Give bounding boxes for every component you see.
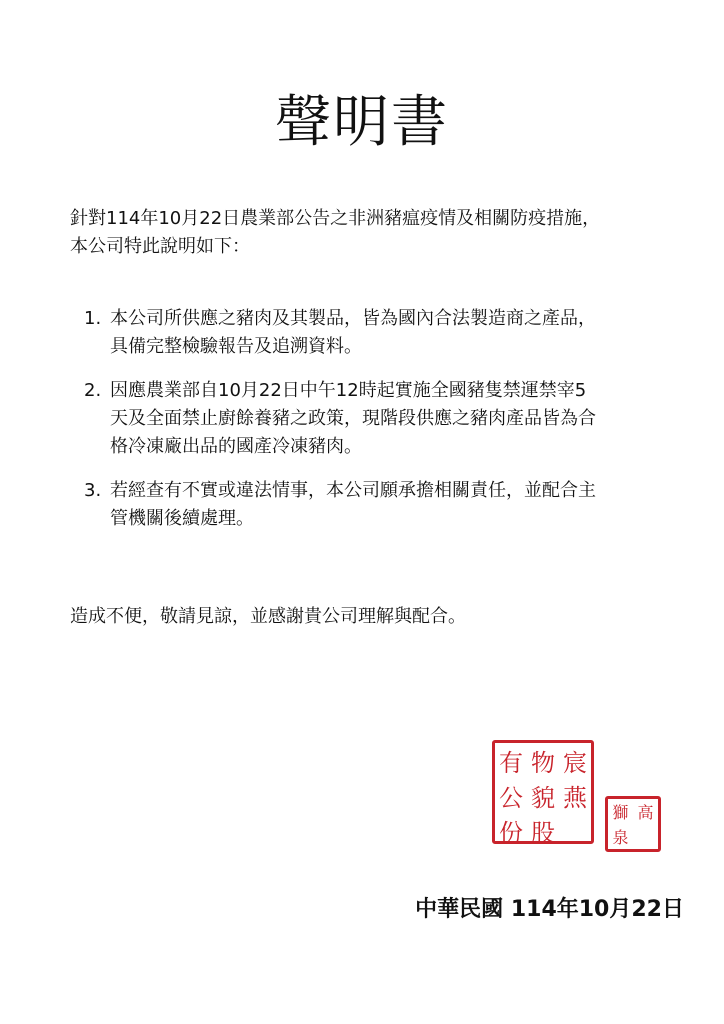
- seal-char: 泉: [608, 825, 633, 848]
- seal-char: 公: [495, 778, 527, 813]
- statement-list: 1. 本公司所供應之豬肉及其製品，皆為國內合法製造商之產品， 具備完整檢驗報告及…: [84, 305, 654, 549]
- statement-item-2: 2. 因應農業部自10月22日中午12時起實施全國豬隻禁運禁宰5 天及全面禁止廚…: [84, 377, 654, 461]
- item-line: 本公司所供應之豬肉及其製品，皆為國內合法製造商之產品，: [110, 305, 654, 333]
- seal-char: 宸: [559, 743, 591, 778]
- seal-char: 貌: [527, 778, 559, 813]
- item-number: 1.: [84, 305, 101, 333]
- person-seal-stamp: 獅 高 泉: [605, 796, 661, 852]
- item-line: 管機關後續處理。: [110, 505, 654, 533]
- page-title: 聲明書: [0, 78, 724, 158]
- intro-paragraph: 針對114年10月22日農業部公告之非洲豬瘟疫情及相關防疫措施， 本公司特此說明…: [70, 205, 670, 261]
- seal-char: 獅: [608, 800, 633, 823]
- seal-char: 份: [495, 813, 527, 848]
- document-date: 中華民國 114年10月22日: [415, 892, 684, 923]
- company-seal-stamp: 有 物 宸 公 貌 燕 份 股: [492, 740, 594, 844]
- statement-item-1: 1. 本公司所供應之豬肉及其製品，皆為國內合法製造商之產品， 具備完整檢驗報告及…: [84, 305, 654, 361]
- item-line: 因應農業部自10月22日中午12時起實施全國豬隻禁運禁宰5: [110, 377, 654, 405]
- intro-line: 本公司特此說明如下：: [70, 233, 670, 261]
- item-number: 3.: [84, 477, 101, 505]
- statement-item-3: 3. 若經查有不實或違法情事，本公司願承擔相關責任，並配合主 管機關後續處理。: [84, 477, 654, 533]
- item-line: 天及全面禁止廚餘養豬之政策，現階段供應之豬肉產品皆為合: [110, 405, 654, 433]
- seal-char: 有: [495, 743, 527, 778]
- intro-line: 針對114年10月22日農業部公告之非洲豬瘟疫情及相關防疫措施，: [70, 205, 670, 233]
- seal-char: 高: [633, 800, 658, 823]
- seal-char: 股: [527, 813, 559, 848]
- seal-char: 燕: [559, 778, 591, 813]
- item-line: 具備完整檢驗報告及追溯資料。: [110, 333, 654, 361]
- item-number: 2.: [84, 377, 101, 405]
- item-line: 格冷凍廠出品的國產冷凍豬肉。: [110, 433, 654, 461]
- closing-sentence: 造成不便，敬請見諒，並感謝貴公司理解與配合。: [70, 603, 466, 631]
- item-line: 若經查有不實或違法情事，本公司願承擔相關責任，並配合主: [110, 477, 654, 505]
- seal-char: 物: [527, 743, 559, 778]
